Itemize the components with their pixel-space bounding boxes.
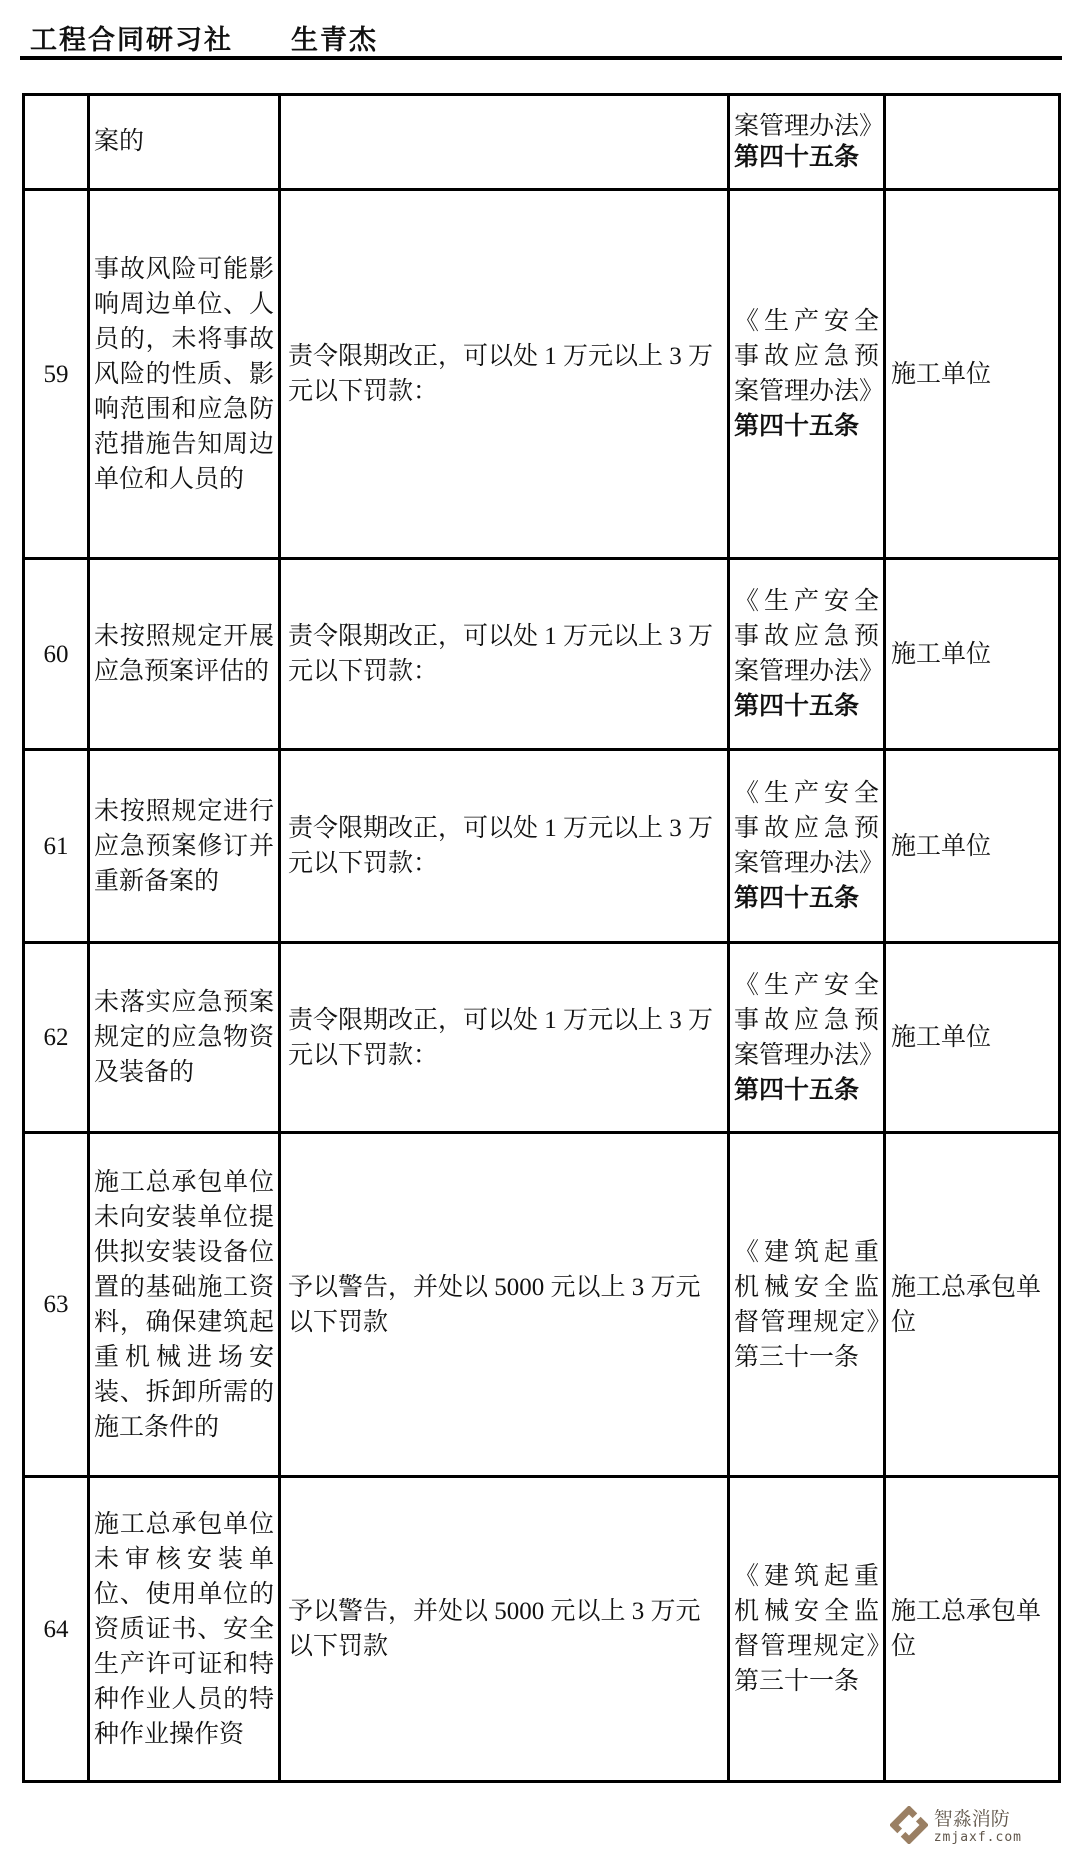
responsible-unit-cell: 施工单位: [885, 943, 1060, 1133]
row-number-cell: 63: [24, 1133, 89, 1477]
basis-text: 案管理办法》: [734, 113, 884, 140]
row-number-cell: 59: [24, 190, 89, 559]
basis-article: 第四十五条: [734, 143, 859, 171]
violation-cell: 未落实应急预案规定的应急物资及装备的: [89, 943, 280, 1133]
basis-article: 第四十五条: [734, 692, 859, 720]
legal-basis-cell: 《生产安全事故应急预案管理办法》第四十五条: [729, 750, 885, 943]
table-row-62: 62 未落实应急预案规定的应急物资及装备的 责令限期改正，可以处 1 万元以上 …: [24, 943, 1060, 1133]
legal-basis-cell: 《建筑起重机械安全监督管理规定》第三十一条: [729, 1477, 885, 1782]
document-page: 工程合同研习社生青杰 案的 案管理办法》第四十五条 59 事故风险可能影响周边单…: [0, 0, 1080, 1857]
header-divider: [20, 56, 1062, 60]
page-title: 工程合同研习社生青杰: [30, 18, 378, 57]
row-number-cell: [24, 95, 89, 190]
watermark: 智淼消防 zmjaxf.com: [890, 1806, 1022, 1849]
row-number-cell: 62: [24, 943, 89, 1133]
author-name: 生青杰: [291, 25, 378, 55]
violation-cell: 未按照规定进行应急预案修订并重新备案的: [89, 750, 280, 943]
responsible-unit-cell: 施工单位: [885, 559, 1060, 750]
table-row-59: 59 事故风险可能影响周边单位、人员的，未将事故风险的性质、影响范围和应急防范措…: [24, 190, 1060, 559]
watermark-brand: 智淼消防: [934, 1810, 1022, 1831]
penalty-cell: [280, 95, 729, 190]
table-row-64: 64 施工总承包单位未审核安装单位、使用单位的资质证书、安全生产许可证和特种作业…: [24, 1477, 1060, 1782]
penalty-cell: 责令限期改正，可以处 1 万元以上 3 万元以下罚款：: [280, 943, 729, 1133]
row-number-cell: 64: [24, 1477, 89, 1782]
violation-cell: 未按照规定开展应急预案评估的: [89, 559, 280, 750]
table-row-continuation: 案的 案管理办法》第四十五条: [24, 95, 1060, 190]
responsible-unit-cell: 施工单位: [885, 190, 1060, 559]
basis-text: 《建筑起重机械安全监督管理规定》第三十一条: [734, 1563, 879, 1695]
basis-text: 《生产安全事故应急预案管理办法》: [734, 588, 884, 685]
legal-basis-cell: 《生产安全事故应急预案管理办法》第四十五条: [729, 559, 885, 750]
basis-text: 《建筑起重机械安全监督管理规定》第三十一条: [734, 1239, 879, 1371]
row-number-cell: 60: [24, 559, 89, 750]
responsible-unit-cell: 施工单位: [885, 750, 1060, 943]
table-row-60: 60 未按照规定开展应急预案评估的 责令限期改正，可以处 1 万元以上 3 万元…: [24, 559, 1060, 750]
basis-article: 第四十五条: [734, 884, 859, 912]
basis-text: 《生产安全事故应急预案管理办法》: [734, 780, 884, 877]
legal-basis-cell: 《建筑起重机械安全监督管理规定》第三十一条: [729, 1133, 885, 1477]
society-name: 工程合同研习社: [30, 25, 233, 55]
legal-basis-cell: 《生产安全事故应急预案管理办法》第四十五条: [729, 943, 885, 1133]
penalty-cell: 予以警告，并处以 5000 元以上 3 万元以下罚款: [280, 1133, 729, 1477]
violation-cell: 案的: [89, 95, 280, 190]
table-row-63: 63 施工总承包单位未向安装单位提供拟安装设备位置的基础施工资料，确保建筑起重机…: [24, 1133, 1060, 1477]
basis-text: 《生产安全事故应急预案管理办法》: [734, 972, 884, 1069]
legal-basis-cell: 案管理办法》第四十五条: [729, 95, 885, 190]
penalty-cell: 予以警告，并处以 5000 元以上 3 万元以下罚款: [280, 1477, 729, 1782]
basis-article: 第四十五条: [734, 1076, 859, 1104]
watermark-domain: zmjaxf.com: [934, 1831, 1022, 1845]
violation-cell: 事故风险可能影响周边单位、人员的，未将事故风险的性质、影响范围和应急防范措施告知…: [89, 190, 280, 559]
penalty-cell: 责令限期改正，可以处 1 万元以上 3 万元以下罚款：: [280, 750, 729, 943]
legal-basis-cell: 《生产安全事故应急预案管理办法》第四十五条: [729, 190, 885, 559]
violation-cell: 施工总承包单位未审核安装单位、使用单位的资质证书、安全生产许可证和特种作业人员的…: [89, 1477, 280, 1782]
basis-article: 第四十五条: [734, 412, 859, 440]
fire-brand-logo-icon: [890, 1806, 928, 1849]
regulation-table: 案的 案管理办法》第四十五条 59 事故风险可能影响周边单位、人员的，未将事故风…: [22, 93, 1061, 1783]
responsible-unit-cell: 施工总承包单位: [885, 1477, 1060, 1782]
row-number-cell: 61: [24, 750, 89, 943]
responsible-unit-cell: [885, 95, 1060, 190]
basis-text: 《生产安全事故应急预案管理办法》: [734, 308, 884, 405]
penalty-cell: 责令限期改正，可以处 1 万元以上 3 万元以下罚款：: [280, 190, 729, 559]
penalty-cell: 责令限期改正，可以处 1 万元以上 3 万元以下罚款：: [280, 559, 729, 750]
violation-cell: 施工总承包单位未向安装单位提供拟安装设备位置的基础施工资料，确保建筑起重机械进场…: [89, 1133, 280, 1477]
table-row-61: 61 未按照规定进行应急预案修订并重新备案的 责令限期改正，可以处 1 万元以上…: [24, 750, 1060, 943]
responsible-unit-cell: 施工总承包单位: [885, 1133, 1060, 1477]
